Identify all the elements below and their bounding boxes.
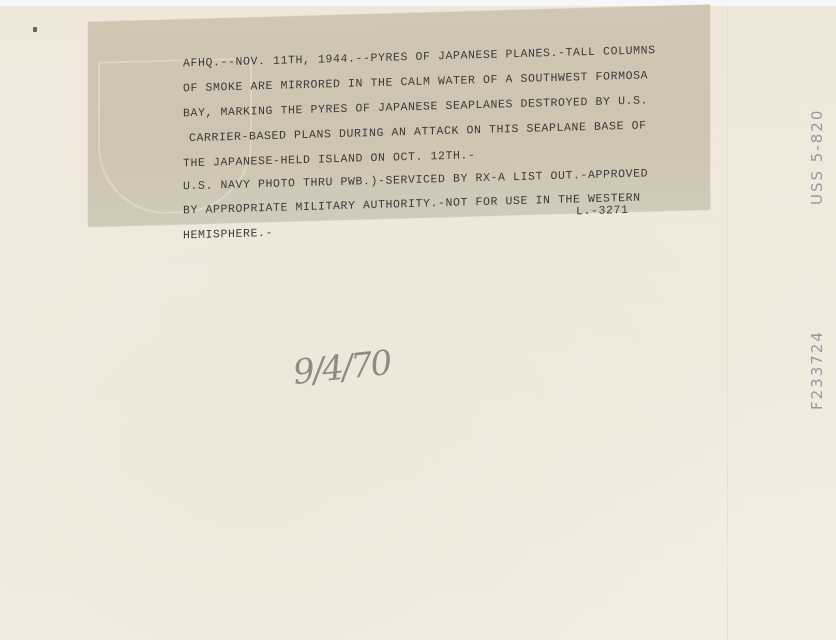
caption-line-1: AFHQ.--NOV. 11th, 1944.--PYRES OF JAPANE…: [183, 44, 656, 70]
caption-line-8: HEMISPHERE.-: [183, 227, 273, 243]
caption-line-5: THE JAPANESE-HELD ISLAND ON OCT. 12th.-: [183, 149, 476, 170]
caption-code: L.-3271: [576, 204, 629, 218]
handwritten-vertical-note-top: USS 5-820: [808, 109, 826, 205]
caption-line-6: U.S. NAVY PHOTO THRU PWB.)-SERVICED BY R…: [183, 167, 648, 193]
handwritten-vertical-note-bottom: F233724: [808, 330, 826, 410]
caption-line-7: BY APPROPRIATE MILITARY AUTHORITY.-NOT F…: [183, 192, 641, 218]
typed-caption-slip: AFHQ.--NOV. 11th, 1944.--PYRES OF JAPANE…: [88, 5, 710, 227]
ink-dot-mark: [33, 27, 37, 32]
caption-line-4: CARRIER-BASED PLANS DURING AN ATTACK ON …: [189, 119, 647, 145]
caption-line-3: BAY, MARKING THE PYRES OF JAPANESE SEAPL…: [183, 94, 648, 120]
paper-fold-line: [727, 6, 728, 640]
caption-line-2: OF SMOKE ARE MIRRORED IN THE CALM WATER …: [183, 69, 648, 95]
